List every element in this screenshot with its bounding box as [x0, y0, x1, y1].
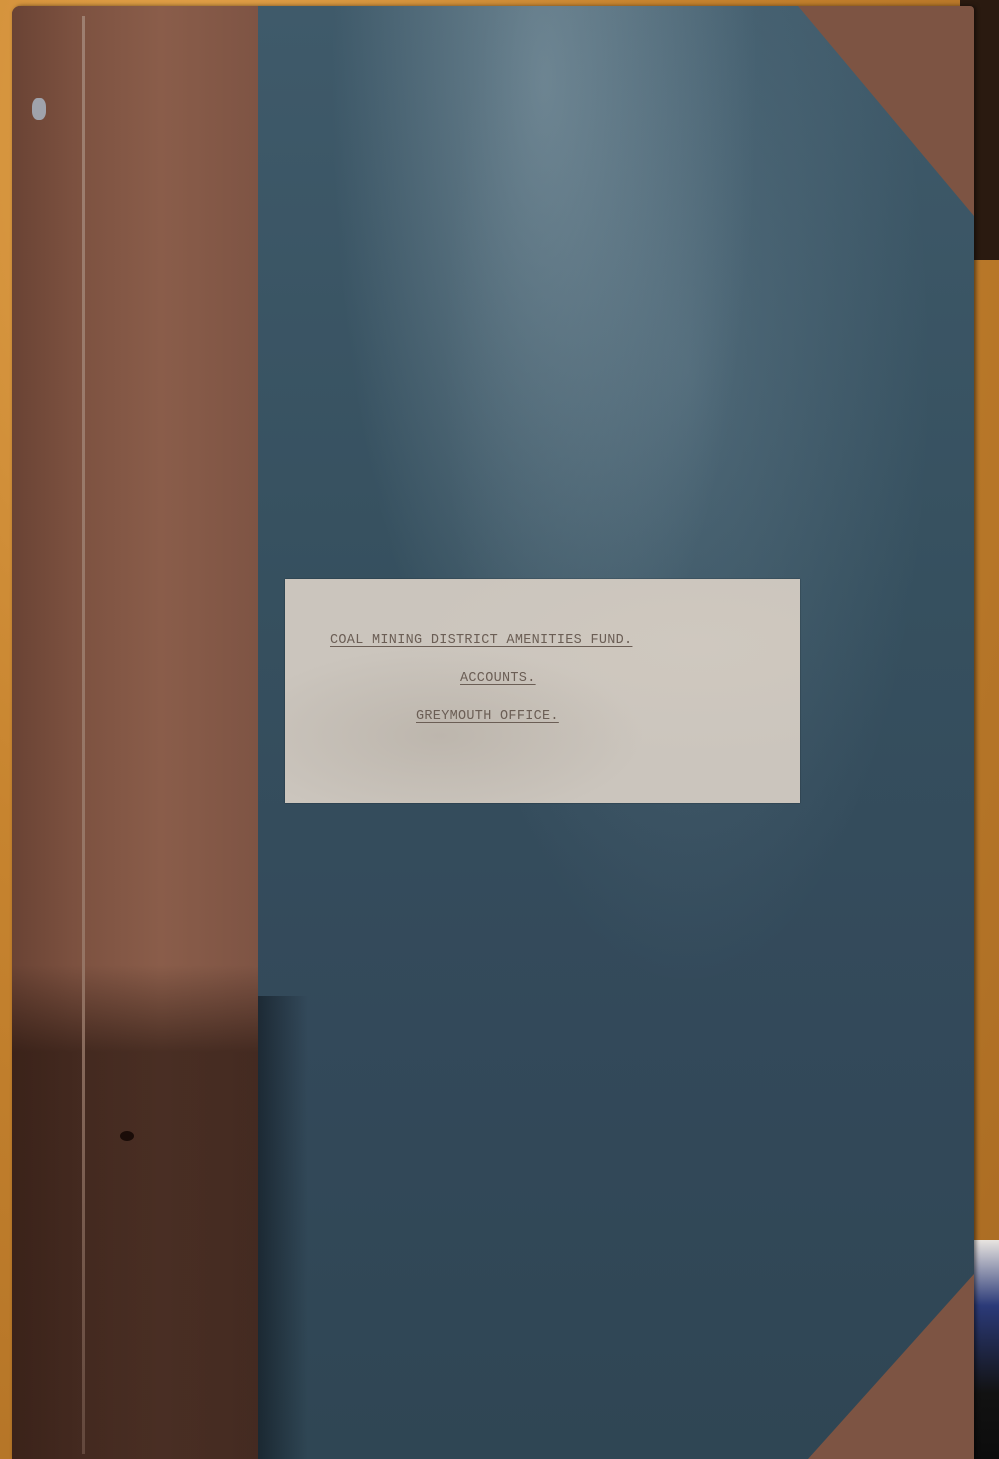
label-title: COAL MINING DISTRICT AMENITIES FUND.	[330, 633, 632, 648]
leather-spine	[12, 6, 260, 1459]
label-office: GREYMOUTH OFFICE.	[416, 709, 559, 724]
ledger-book: COAL MINING DISTRICT AMENITIES FUND. ACC…	[12, 6, 974, 1459]
spine-scuff-mark	[32, 98, 46, 120]
label-subtitle: ACCOUNTS.	[460, 671, 536, 686]
hand-shadow	[258, 996, 308, 1459]
paper-label: COAL MINING DISTRICT AMENITIES FUND. ACC…	[285, 579, 800, 803]
photo-scene: COAL MINING DISTRICT AMENITIES FUND. ACC…	[0, 0, 999, 1459]
spine-stain	[120, 1131, 134, 1141]
spine-hinge-line	[82, 16, 85, 1454]
